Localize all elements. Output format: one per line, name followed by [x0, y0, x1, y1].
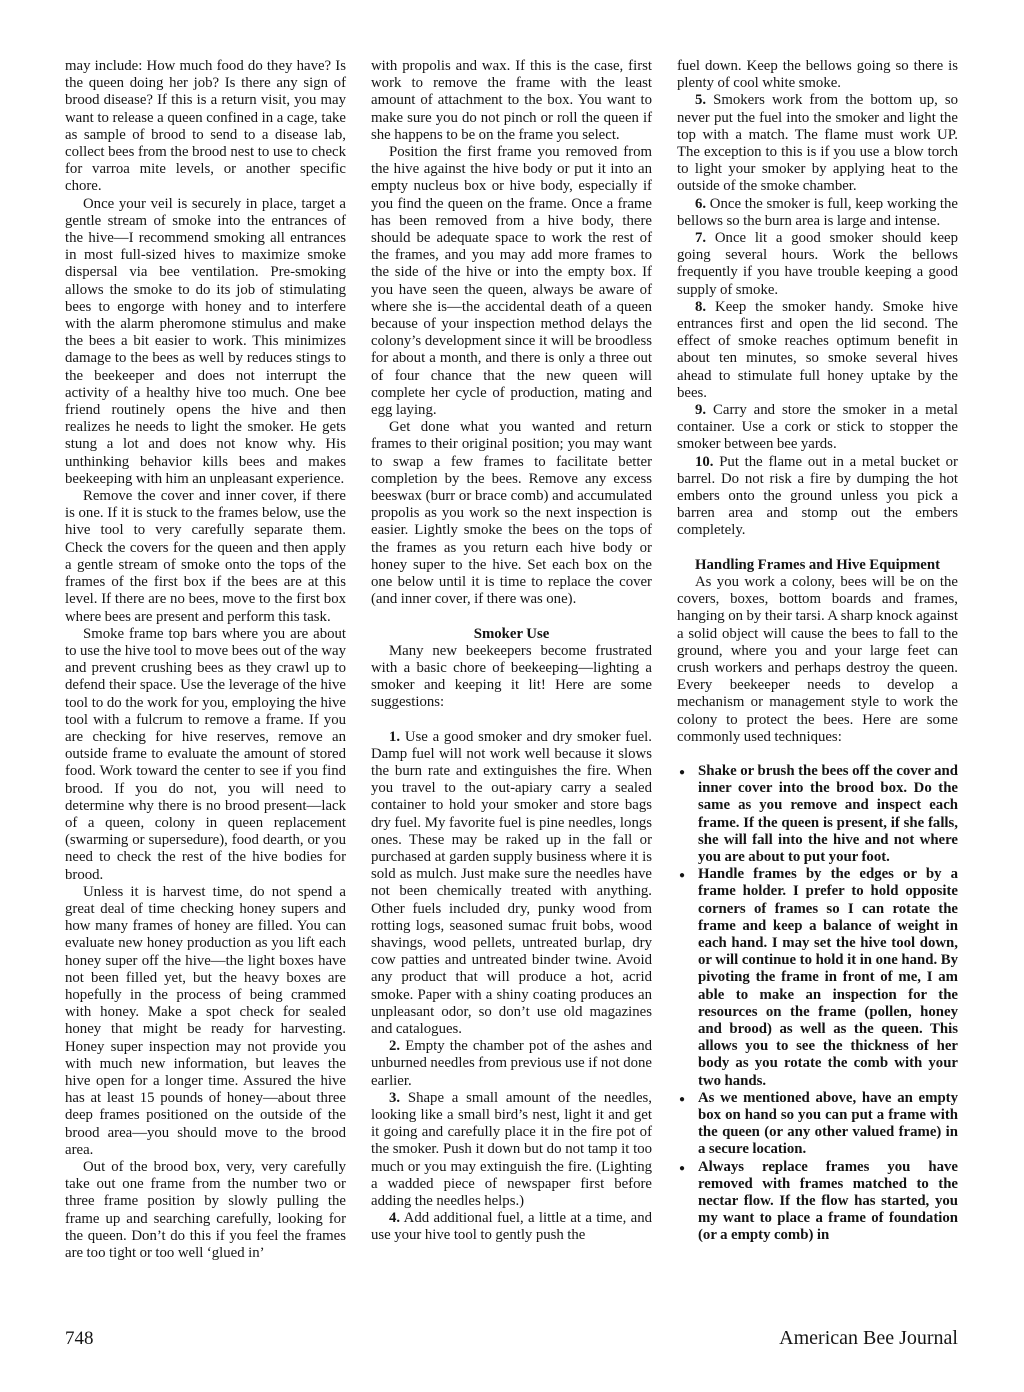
numbered-item: 4. Add additional fuel, a little at a ti… — [371, 1210, 652, 1244]
page-footer: 748 American Bee Journal — [65, 1327, 958, 1350]
numbered-item: 6. Once the smoker is full, keep working… — [677, 196, 958, 230]
bullet-text: Always replace frames you have removed w… — [698, 1159, 958, 1244]
bullet-icon: ● — [679, 764, 685, 781]
bullet-item: ●As we mentioned above, have an empty bo… — [677, 1090, 958, 1159]
paragraph: Many new beekeepers become frustrated wi… — [371, 643, 652, 712]
item-number: 5. — [695, 92, 706, 108]
column-1: may include: How much food do they have?… — [65, 58, 346, 1262]
magazine-page: may include: How much food do they have?… — [0, 0, 1024, 1392]
bullet-icon: ● — [679, 1160, 685, 1177]
bullet-item: ●Always replace frames you have removed … — [677, 1159, 958, 1245]
paragraph: Unless it is harvest time, do not spend … — [65, 884, 346, 1159]
section-heading: Smoker Use — [371, 626, 652, 643]
paragraph-continued: may include: How much food do they have?… — [65, 58, 346, 196]
section-heading: Handling Frames and Hive Equipment — [677, 557, 958, 574]
item-number: 10. — [695, 454, 714, 470]
numbered-item: 7. Once lit a good smoker should keep go… — [677, 230, 958, 299]
numbered-item: 1. Use a good smoker and dry smoker fuel… — [371, 729, 652, 1039]
bullet-icon: ● — [679, 867, 685, 884]
numbered-item: 3. Shape a small amount of the needles, … — [371, 1090, 652, 1210]
item-number: 8. — [695, 299, 706, 315]
article-body: may include: How much food do they have?… — [65, 58, 959, 1262]
numbered-item: 9. Carry and store the smoker in a metal… — [677, 402, 958, 454]
bullet-item: ●Handle frames by the edges or by a fram… — [677, 866, 958, 1090]
paragraph: Position the first frame you removed fro… — [371, 144, 652, 419]
item-number: 9. — [695, 402, 706, 418]
journal-title: American Bee Journal — [779, 1327, 958, 1350]
paragraph: As you work a colony, bees will be on th… — [677, 574, 958, 746]
bullet-text: Handle frames by the edges or by a frame… — [698, 866, 958, 1088]
item-number: 3. — [389, 1090, 400, 1106]
item-number: 6. — [695, 196, 706, 212]
item-number: 1. — [389, 729, 400, 745]
numbered-item: 8. Keep the smoker handy. Smoke hive ent… — [677, 299, 958, 402]
paragraph: Out of the brood box, very, very careful… — [65, 1159, 346, 1262]
paragraph-continued: fuel down. Keep the bellows going so the… — [677, 58, 958, 92]
page-number: 748 — [65, 1328, 94, 1350]
paragraph: Remove the cover and inner cover, if the… — [65, 488, 346, 626]
column-2: with propolis and wax. If this is the ca… — [371, 58, 652, 1262]
bullet-text: As we mentioned above, have an empty box… — [698, 1090, 958, 1158]
numbered-item: 10. Put the flame out in a metal bucket … — [677, 454, 958, 540]
paragraph-continued: with propolis and wax. If this is the ca… — [371, 58, 652, 144]
numbered-item: 5. Smokers work from the bottom up, so n… — [677, 92, 958, 195]
bullet-icon: ● — [679, 1091, 685, 1108]
paragraph: Smoke frame top bars where you are about… — [65, 626, 346, 884]
column-3: fuel down. Keep the bellows going so the… — [677, 58, 958, 1262]
bullet-item: ●Shake or brush the bees off the cover a… — [677, 763, 958, 866]
numbered-item: 2. Empty the chamber pot of the ashes an… — [371, 1038, 652, 1090]
paragraph: Once your veil is securely in place, tar… — [65, 196, 346, 488]
item-number: 4. — [389, 1210, 400, 1226]
item-number: 2. — [389, 1038, 400, 1054]
paragraph: Get done what you wanted and return fram… — [371, 419, 652, 608]
item-number: 7. — [695, 230, 706, 246]
bullet-text: Shake or brush the bees off the cover an… — [698, 763, 958, 865]
